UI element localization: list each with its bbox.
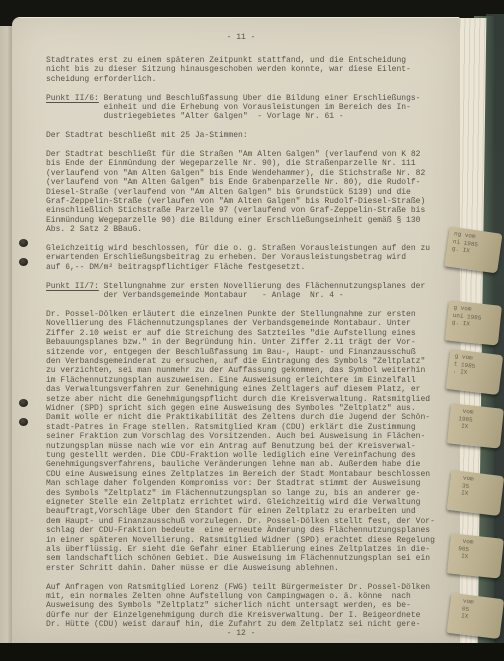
- paragraph: Der Stadtrat beschließt mit 25 Ja-Stimme…: [46, 131, 452, 140]
- index-tab: g vomt 1985. IX: [446, 349, 503, 395]
- index-tab: ng vomni 1985g. IX: [444, 227, 502, 274]
- section-block: Punkt II/7: Stellungnahme zur ersten Nov…: [46, 282, 452, 301]
- section-block: Punkt II/6: Beratung und Beschlußfassung…: [46, 94, 452, 122]
- paragraph: Stadtrates erst zu einem späteren Zeitpu…: [46, 56, 452, 84]
- header-page-number: - 11 -: [46, 33, 436, 42]
- paragraph: Auf Anfragen von Ratsmitglied Lorenz (FW…: [46, 583, 452, 630]
- index-tab: vom 35 IX: [447, 470, 504, 516]
- hole-punch: [19, 258, 28, 266]
- paragraph: Dr. Possel-Dölken erläutert die einzelne…: [46, 310, 452, 573]
- footer-page-number: - 12 -: [46, 629, 436, 638]
- paragraph: Gleichzeitig wird beschlossen, für die o…: [46, 244, 452, 272]
- hole-punch: [19, 399, 28, 407]
- index-tab: vom 1985 IX: [447, 403, 504, 448]
- index-tab: vom 05 IX: [447, 593, 504, 639]
- document-text: Stadtrates erst zu einem späteren Zeitpu…: [46, 56, 452, 639]
- index-tab: vom 905 IX: [447, 533, 504, 578]
- hole-punch: [19, 239, 28, 247]
- bottom-dark-band: [0, 643, 504, 661]
- hole-punch: [19, 418, 28, 426]
- section-label: Punkt II/6:: [46, 94, 99, 103]
- paragraph: Der Stadtrat beschließt für die Straßen …: [46, 150, 452, 235]
- scanned-document-photo: - 11 - Stadtrates erst zu einem späteren…: [0, 0, 504, 661]
- section-label: Punkt II/7:: [46, 282, 99, 291]
- index-tab: g vomuni 1985g. IX: [445, 300, 502, 345]
